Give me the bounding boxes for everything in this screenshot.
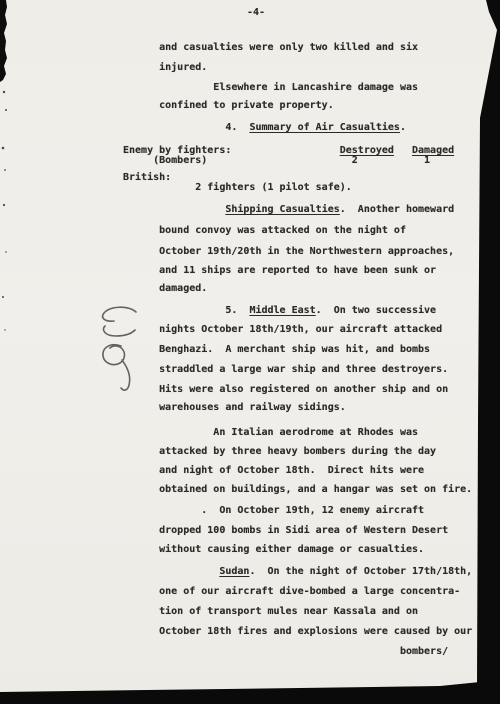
underlined-text: Shipping Casualties bbox=[225, 204, 339, 215]
text-line-11: bound convoy was attacked on the night o… bbox=[123, 225, 406, 237]
text-line-23: and night of October 18th. Direct hits w… bbox=[123, 465, 424, 477]
text-line-31: October 18th fires and explosions were c… bbox=[123, 626, 472, 638]
text-line-12: October 19th/20th in the Northwestern ap… bbox=[123, 246, 454, 258]
text-segment: . On the night of October 17th/18th, bbox=[249, 566, 472, 577]
text-segment: without causing either damage or casualt… bbox=[123, 544, 424, 555]
text-line-22: attacked by three heavy bombers during t… bbox=[123, 446, 436, 458]
text-line-1: and casualties were only two killed and … bbox=[123, 42, 418, 54]
text-segment: (Bombers) 2 1 bbox=[123, 155, 430, 166]
text-segment: obtained on buildings, and a hangar was … bbox=[123, 484, 472, 495]
text-line-20: warehouses and railway sidings. bbox=[123, 402, 346, 414]
text-line-13: and 11 ships are reported to have been s… bbox=[123, 265, 436, 277]
underlined-text: Middle East bbox=[249, 305, 315, 316]
text-segment: Hits were also registered on another shi… bbox=[123, 384, 448, 395]
text-segment: straddled a large war ship and three des… bbox=[123, 364, 448, 375]
text-segment: injured. bbox=[123, 62, 207, 73]
page-number: -4- bbox=[247, 7, 265, 19]
text-segment: 5. bbox=[123, 305, 249, 316]
text-segment: . bbox=[400, 122, 406, 133]
text-line-15: 5. Middle East. On two successive bbox=[123, 305, 436, 317]
text-line-26: dropped 100 bombs in Sidi area of Wester… bbox=[123, 525, 448, 537]
text-segment: one of our aircraft dive-bombed a large … bbox=[123, 586, 460, 597]
text-line-14: damaged. bbox=[123, 283, 207, 295]
text-segment: and 11 ships are reported to have been s… bbox=[123, 265, 436, 276]
text-line-18: straddled a large war ship and three des… bbox=[123, 364, 448, 376]
text-line-27: without causing either damage or casualt… bbox=[123, 544, 424, 556]
text-segment: damaged. bbox=[123, 283, 207, 294]
text-segment: . On two successive bbox=[316, 305, 436, 316]
text-segment: and night of October 18th. Direct hits w… bbox=[123, 465, 424, 476]
text-line-17: Benghazi. A merchant ship was hit, and b… bbox=[123, 344, 430, 356]
scanned-document: { "page": { "number": "-4-" }, "colors":… bbox=[0, 0, 500, 704]
text-segment: warehouses and railway sidings. bbox=[123, 402, 346, 413]
text-line-28: Sudan. On the night of October 17th/18th… bbox=[123, 566, 472, 578]
text-segment: confined to private property. bbox=[123, 100, 334, 111]
text-segment: 4. bbox=[123, 122, 249, 133]
text-segment: bound convoy was attacked on the night o… bbox=[123, 225, 406, 236]
text-segment: dropped 100 bombs in Sidi area of Wester… bbox=[123, 525, 448, 536]
text-segment: . On October 19th, 12 enemy aircraft bbox=[123, 505, 424, 516]
underlined-text: Sudan bbox=[219, 566, 249, 577]
text-line-29: one of our aircraft dive-bombed a large … bbox=[123, 586, 460, 598]
text-line-24: obtained on buildings, and a hangar was … bbox=[123, 484, 472, 496]
text-line-10: Shipping Casualties. Another homeward bbox=[123, 204, 454, 216]
text-segment: tion of transport mules near Kassala and… bbox=[123, 606, 418, 617]
document-page: -4- and casualties were only two killed … bbox=[0, 0, 500, 704]
text-segment bbox=[123, 566, 219, 577]
text-line-4: confined to private property. bbox=[123, 100, 334, 112]
text-line-30: tion of transport mules near Kassala and… bbox=[123, 606, 418, 618]
text-segment: . Another homeward bbox=[340, 204, 454, 215]
text-line-21: An Italian aerodrome at Rhodes was bbox=[123, 427, 418, 439]
text-segment: An Italian aerodrome at Rhodes was bbox=[123, 427, 418, 438]
text-segment bbox=[123, 204, 225, 215]
text-line-19: Hits were also registered on another shi… bbox=[123, 384, 448, 396]
text-line-32: bombers/ bbox=[123, 646, 448, 658]
text-segment: October 18th fires and explosions were c… bbox=[123, 626, 472, 637]
text-line-3: Elsewhere in Lancashire damage was bbox=[123, 82, 418, 94]
text-line-7: (Bombers) 2 1 bbox=[123, 155, 430, 167]
underlined-text: Summary of Air Casualties bbox=[249, 122, 400, 133]
text-segment: nights October 18th/19th, our aircraft a… bbox=[123, 324, 442, 335]
text-segment: 2 fighters (1 pilot safe). bbox=[123, 182, 352, 193]
text-line-16: nights October 18th/19th, our aircraft a… bbox=[123, 324, 442, 336]
text-line-5: 4. Summary of Air Casualties. bbox=[123, 122, 406, 134]
text-segment: bombers/ bbox=[123, 646, 448, 657]
text-segment: Elsewhere in Lancashire damage was bbox=[123, 82, 418, 93]
text-line-9: 2 fighters (1 pilot safe). bbox=[123, 182, 352, 194]
text-line-2: injured. bbox=[123, 62, 207, 74]
text-segment: Benghazi. A merchant ship was hit, and b… bbox=[123, 344, 430, 355]
text-segment: attacked by three heavy bombers during t… bbox=[123, 446, 436, 457]
text-segment: and casualties were only two killed and … bbox=[123, 42, 418, 53]
text-segment: October 19th/20th in the Northwestern ap… bbox=[123, 246, 454, 257]
text-line-25: . On October 19th, 12 enemy aircraft bbox=[123, 505, 424, 517]
